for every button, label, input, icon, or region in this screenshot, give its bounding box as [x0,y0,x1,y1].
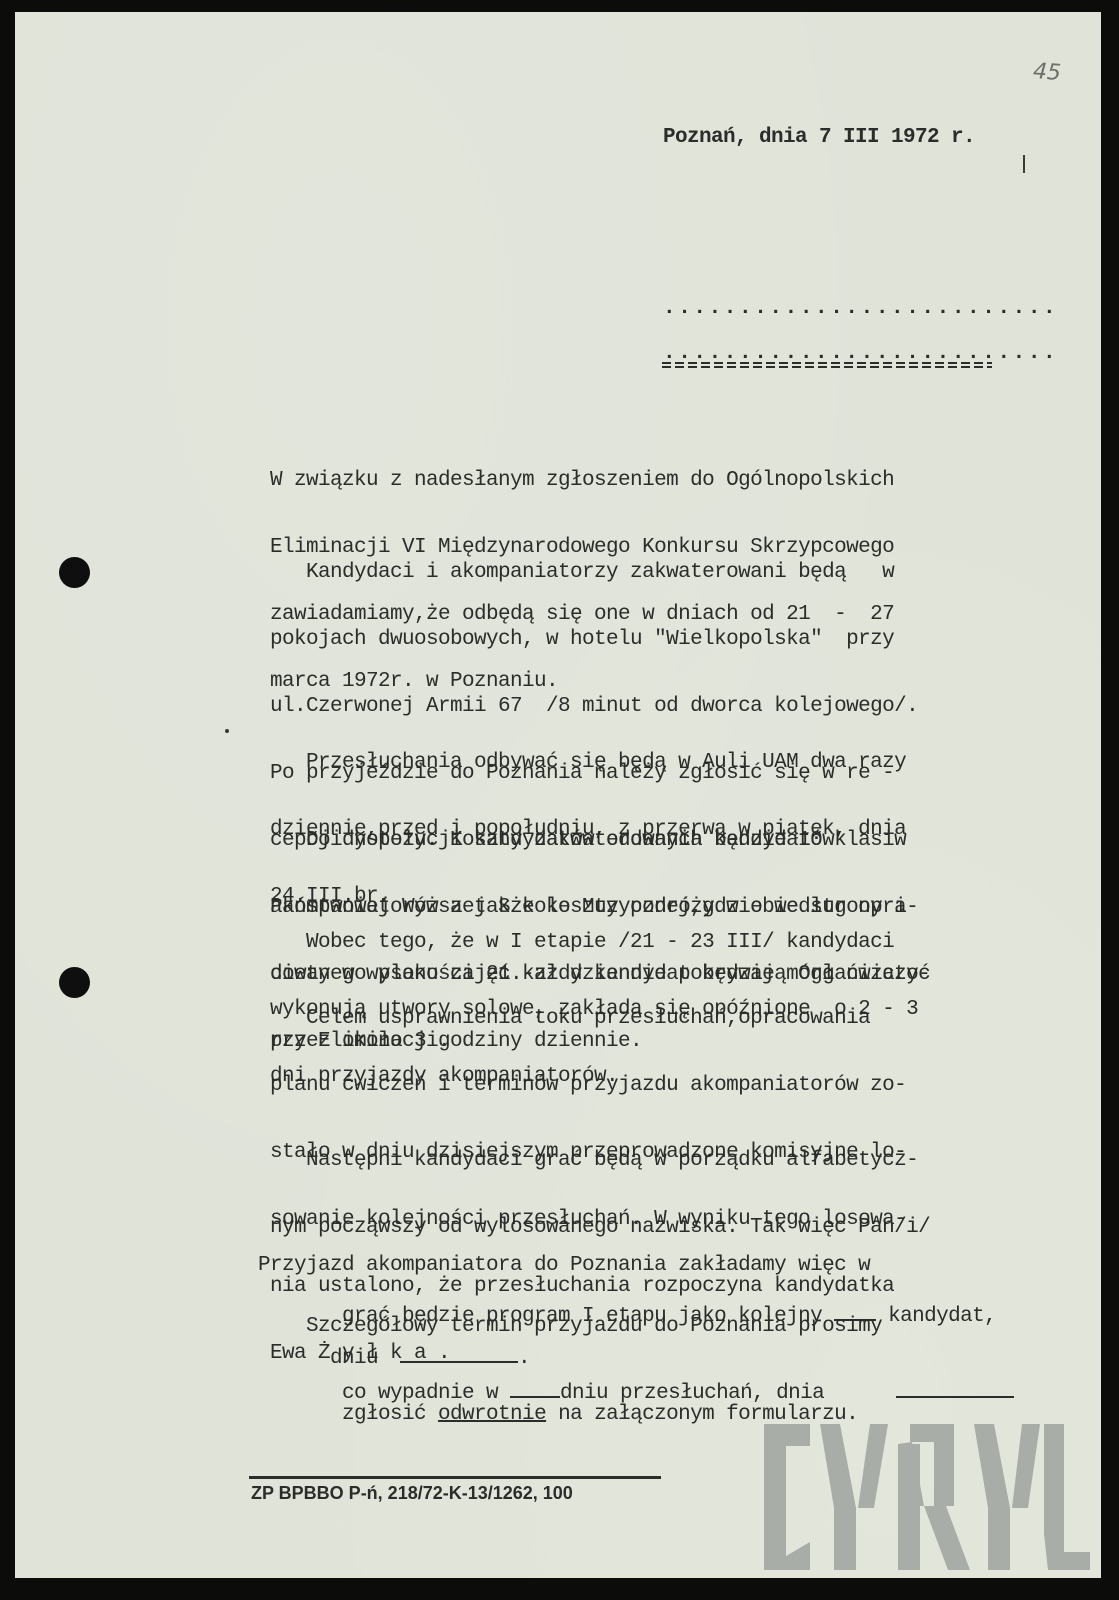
cyryl-watermark-logo [760,1424,1090,1570]
paragraph-closing: Szczegółowy termin przyjazdu do Poznania… [270,1270,1030,1450]
footer-rule [249,1476,661,1479]
place-and-date: Poznań, dnia 7 III 1972 r. [663,126,975,149]
margin-mark [1023,155,1025,173]
ink-speck [225,729,229,733]
print-code: ZP BPBBO P-ń, 218/72-K-13/1262, 100 [251,1483,573,1504]
punch-hole-bottom [59,967,90,998]
punch-hole-top [59,557,90,588]
archive-page-number: 45 [1032,59,1062,86]
address-double-rule [662,362,992,370]
document-page: 45 Poznań, dnia 7 III 1972 r. ..........… [15,12,1101,1578]
recipient-name-field: .......................... [663,297,1058,320]
